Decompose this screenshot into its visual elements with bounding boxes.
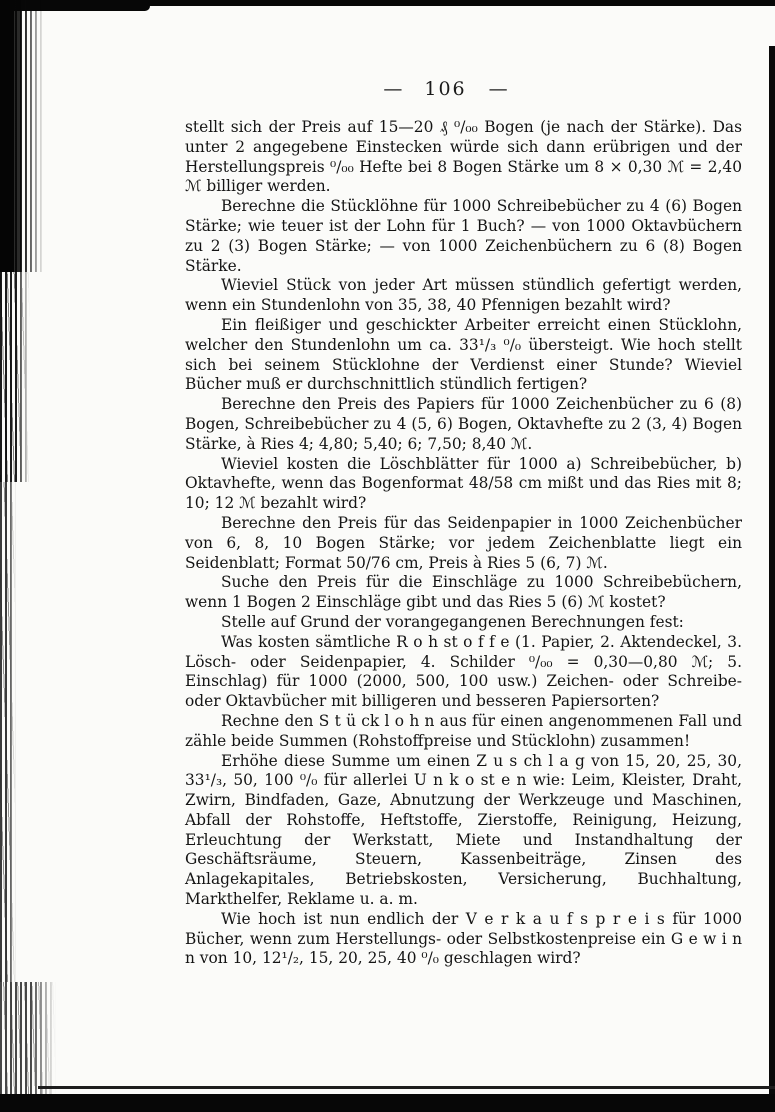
paragraph: Wie hoch ist nun endlich der V e r k a u… — [185, 910, 742, 969]
page-edge-shadow-line — [38, 1086, 775, 1089]
page-header: — 106 — — [167, 78, 724, 100]
paragraph: Wieviel Stück von jeder Art müssen stünd… — [185, 276, 742, 316]
binding-edge-lower — [0, 482, 16, 982]
binding-edge-top — [0, 0, 44, 272]
paragraph: Wieviel kosten die Löschblätter für 1000… — [185, 455, 742, 514]
scanned-book-page: — 106 — stellt sich der Preis auf 15—20 … — [0, 0, 775, 1112]
body-text-block: stellt sich der Preis auf 15—20 ₰ ⁰/₀₀ B… — [185, 118, 742, 969]
paragraph: Berechne die Stücklöhne für 1000 Schreib… — [185, 197, 742, 276]
page-number: 106 — [424, 78, 466, 100]
header-dash-left: — — [383, 78, 402, 100]
paragraph: Ein fleißiger und geschickter Arbeiter e… — [185, 316, 742, 395]
paragraph: Suche den Preis für die Einschläge zu 10… — [185, 573, 742, 613]
paragraph: Erhöhe diese Summe um einen Z u s ch l a… — [185, 752, 742, 910]
paragraph: Berechne den Preis für das Seidenpapier … — [185, 514, 742, 573]
binding-edge-foot — [0, 982, 56, 1094]
paragraph: Berechne den Preis des Papiers für 1000 … — [185, 395, 742, 454]
scan-right-border — [769, 46, 775, 1098]
paragraph: stellt sich der Preis auf 15—20 ₰ ⁰/₀₀ B… — [185, 118, 742, 197]
paragraph: Rechne den S t ü ck l o h n aus für eine… — [185, 712, 742, 752]
binding-edge-middle — [0, 272, 30, 482]
scan-bottom-border — [0, 1094, 775, 1112]
header-dash-right: — — [489, 78, 508, 100]
paragraph: Stelle auf Grund der vorangegangenen Ber… — [185, 613, 742, 633]
paragraph: Was kosten sämtliche R o h st o f f e (1… — [185, 633, 742, 712]
